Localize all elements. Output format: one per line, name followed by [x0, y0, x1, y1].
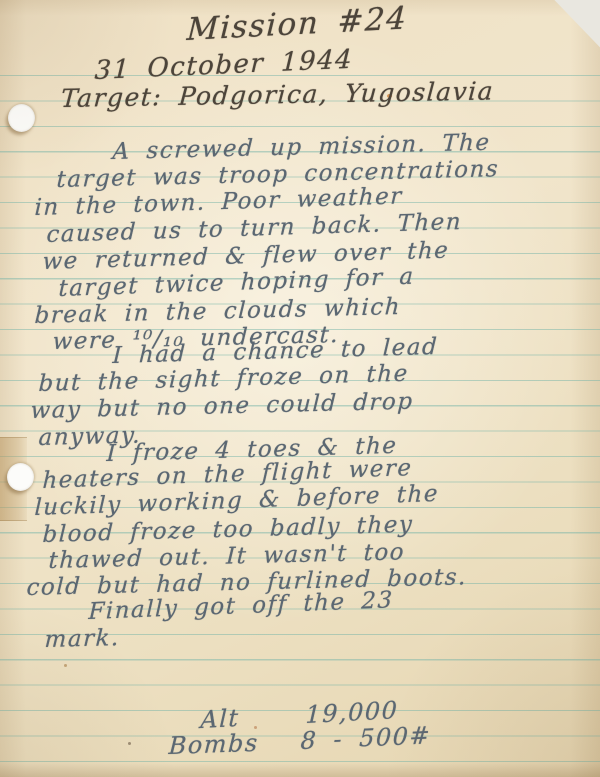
punch-hole-bottom: [7, 463, 34, 491]
bombs-label: Bombs: [168, 729, 259, 760]
scanned-journal-page: Mission #24 31 October 1944 Target: Podg…: [0, 0, 600, 777]
handwritten-line: mark.: [44, 625, 120, 653]
punch-hole-top: [8, 104, 35, 132]
bombs-value: 8 - 500#: [300, 721, 432, 755]
